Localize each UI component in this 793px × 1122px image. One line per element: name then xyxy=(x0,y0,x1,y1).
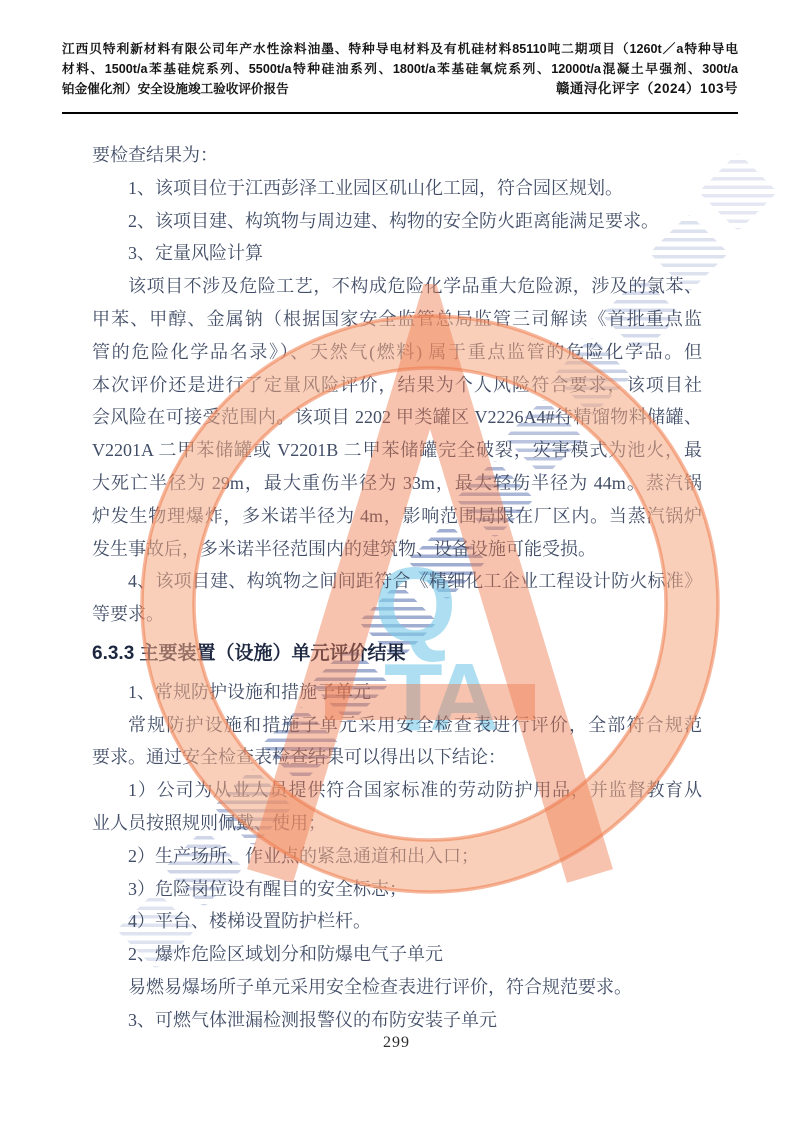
header-line-3: 铂金催化剂）安全设施竣工验收评价报告 xyxy=(62,80,289,100)
body-line: 4、该项目建、构筑物之间间距符合《精细化工企业工程设计防火标准》 xyxy=(92,565,702,598)
body-line: 管的危险化学品名录》）、天然气(燃料) 属于重点监管的危险化学品。但 xyxy=(92,336,702,369)
header-divider xyxy=(62,112,738,114)
document-number: 赣通浔化评字（2024）103号 xyxy=(556,79,738,99)
body-line: 2）生产场所、作业点的紧急通道和出入口； xyxy=(92,840,702,873)
body-lines: 要检查结果为：1、该项目位于江西彭泽工业园区矶山化工园，符合园区规划。2、该项目… xyxy=(92,139,702,1037)
body-line: 4）平台、楼梯设置防护栏杆。 xyxy=(92,905,702,938)
body-line: 3、可燃气体泄漏检测报警仪的布防安装子单元 xyxy=(92,1004,702,1037)
body-line: 炉发生物理爆炸，多米诺半径为 4m，影响范围局限在厂区内。当蒸汽锅炉 xyxy=(92,500,702,533)
body-line: 1）公司为从业人员提供符合国家标准的劳动防护用品，并监督教育从 xyxy=(92,774,702,807)
body-line: 易燃易爆场所子单元采用安全检查表进行评价，符合规范要求。 xyxy=(92,971,702,1004)
body-line: 发生事故后，多米诺半径范围内的建筑物、设备设施可能受损。 xyxy=(92,533,702,566)
section-heading: 6.3.3 主要装置（设施）单元评价结果 xyxy=(92,638,702,671)
header-line-1: 江西贝特利新材料有限公司年产水性涂料油墨、特种导电材料及有机硅材料85110吨二… xyxy=(62,40,738,60)
body-line: 3）危险岗位设有醒目的安全标志； xyxy=(92,873,702,906)
body-line: 会风险在可接受范围内。该项目 2202 甲类罐区 V2226A4#待精馏物料储罐… xyxy=(92,401,702,434)
hatch-glyph xyxy=(698,152,777,231)
body-line: 2、该项目建、构筑物与周边建、构物的安全防火距离能满足要求。 xyxy=(92,205,702,238)
body-line: 业人员按照规则佩戴、使用； xyxy=(92,807,702,840)
body-line: 1、该项目位于江西彭泽工业园区矶山化工园，符合园区规划。 xyxy=(92,172,702,205)
page-header: 江西贝特利新材料有限公司年产水性涂料油墨、特种导电材料及有机硅材料85110吨二… xyxy=(62,40,738,100)
body-line: 1、常规防护设施和措施子单元 xyxy=(92,676,702,709)
body-line: V2201A 二甲苯储罐或 V2201B 二甲苯储罐完全破裂，灾害模式为池火，最 xyxy=(92,434,702,467)
body-line: 大死亡半径为 29m，最大重伤半径为 33m，最大轻伤半径为 44m。蒸汽锅 xyxy=(92,467,702,500)
page-number: 299 xyxy=(0,1034,793,1052)
body-line: 等要求。 xyxy=(92,598,702,631)
body-line: 要求。通过安全检查表检查结果可以得出以下结论： xyxy=(92,741,702,774)
document-page: 江西贝特利新材料有限公司年产水性涂料油墨、特种导电材料及有机硅材料85110吨二… xyxy=(0,0,793,1122)
body-line: 本次评价还是进行了定量风险评价，结果为个人风险符合要求，该项目社 xyxy=(92,369,702,402)
body-line: 2、爆炸危险区域划分和防爆电气子单元 xyxy=(92,938,702,971)
body-line: 常规防护设施和措施子单元采用安全检查表进行评价，全部符合规范 xyxy=(92,709,702,742)
header-line-2: 材料、1500t/a苯基硅烷系列、5500t/a特种硅油系列、1800t/a苯基… xyxy=(62,60,738,80)
body-line: 甲苯、甲醇、金属钠（根据国家安全监管总局监管三司解读《首批重点监 xyxy=(92,303,702,336)
body-line: 要检查结果为： xyxy=(92,139,702,172)
body-line: 该项目不涉及危险工艺，不构成危险化学品重大危险源，涉及的氯苯、 xyxy=(92,270,702,303)
body-line: 3、定量风险计算 xyxy=(92,237,702,270)
